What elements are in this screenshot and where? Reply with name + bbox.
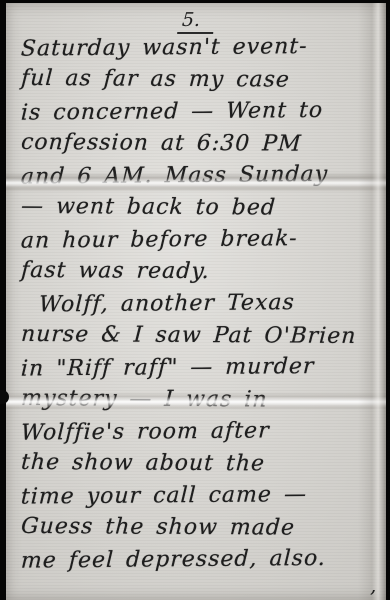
handwritten-line: the show about the (20, 447, 381, 481)
handwritten-line: and 6 AM. Mass Sunday (20, 158, 381, 193)
handwritten-line: confession at 6:30 PM (20, 127, 381, 161)
paper-sheet: 5. Saturday wasn't event- ful as far as … (6, 3, 386, 600)
page-number-underline: 5. (177, 9, 215, 34)
stray-comma-mark: , (370, 573, 376, 597)
photo-background: { "document": { "page_number": "5.", "li… (0, 0, 390, 600)
handwritten-line: Guess the show made (20, 511, 381, 545)
handwritten-line: me feel depressed, also. (20, 542, 381, 577)
handwritten-line: — went back to bed (20, 191, 381, 225)
handwritten-line: an hour before break- (20, 222, 381, 257)
handwritten-line: in "Riff raff" — murder (20, 350, 381, 385)
handwritten-line: ful as far as my case (20, 63, 381, 97)
handwritten-line: fast was ready. (20, 255, 381, 289)
handwritten-line: Wolffie's room after (20, 414, 381, 449)
handwritten-line: Saturday wasn't event- (20, 30, 381, 65)
handwriting-block: Saturday wasn't event- ful as far as my … (21, 32, 380, 576)
handwritten-line: Wolff, another Texas (20, 286, 381, 321)
handwritten-line: time your call came — (20, 478, 381, 513)
handwritten-line: nurse & I saw Pat O'Brien (20, 319, 381, 353)
handwritten-line: mystery — I was in (20, 383, 381, 417)
handwritten-line: is concerned — Went to (20, 94, 381, 129)
